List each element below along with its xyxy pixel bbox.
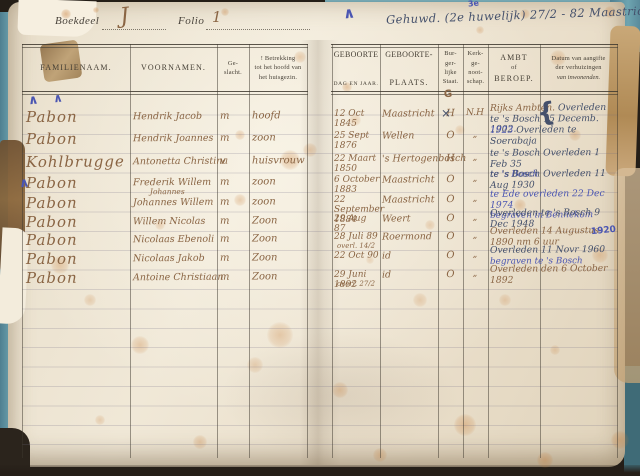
cell-kerk: „ [464,250,486,260]
cell-staat: O [440,130,461,141]
cell-voornamen: Hendrik Joannes [133,133,217,145]
cell-voornamen: Willem Nicolas [133,216,217,228]
cell-geboorteplaats: Weert [382,213,436,224]
superscript-3e: 3e [468,0,480,9]
voornamen-correction: Johannes [150,187,185,196]
cell-staat: O [440,213,461,224]
cell-voornamen: Nicolaas Ebenoli [133,234,217,246]
cell-geslacht: v [220,156,246,167]
cell-geboorteplaats: Wellen [382,130,436,141]
cell-geslacht: m [220,234,246,245]
cell-staat: H× [440,108,461,119]
cell-betrekking: Zoon [252,252,305,263]
cell-betrekking: Zoon [252,215,305,226]
cell-geboorteplaats: id [382,250,436,261]
check-caret-row1b: ∧ [52,92,63,105]
cell-kerk: „ [464,269,486,279]
cell-voornamen: Hendrik Jacob [133,111,217,123]
cell-geboorteplaats: Maastricht [382,194,436,205]
cell-voornamen: Johannes Willem [133,197,217,209]
cell-voornamen: Antonetta Christina [133,156,217,168]
overlijden-text: Overleden den 6 October 1892 [490,263,608,285]
cell-betrekking: hoofd [252,110,305,121]
cell-geboren: 25 Sept 1876 [334,131,380,151]
cell-kerk: „ [464,153,486,163]
cell-geboorteplaats: Maastricht [382,174,436,185]
table-rows: PabonHendrik Jacobmhoofd12 Oct 1845Maast… [0,0,640,476]
strike-mark: × [441,106,451,120]
cell-staat: H [440,153,461,164]
cell-geslacht: m [220,197,246,208]
cell-geslacht: m [220,272,246,283]
cell-familienaam: Pabon [26,173,128,192]
cell-familienaam: Pabon [26,129,128,148]
brace-row1: { [536,99,557,127]
overlijden-text: Overleden 11 Novr 1960 [490,244,605,256]
overlijden-date-note: overl. 27/2 [337,280,375,288]
cell-familienaam: Pabon [26,212,128,231]
cell-geboorteplaats: Maastricht [382,108,436,119]
cell-betrekking: huisvrouw [252,155,305,166]
cell-annotation: 1923 Overleden te Soerabaja [490,125,617,147]
stray-letter-g: G [443,90,452,101]
check-caret-row3: ∧ [18,176,30,190]
register-page-scan: Boekdeel J Folio 1 Gehuwd. (2e huwelijk)… [0,0,640,476]
table-row: PabonAntoine ChristiaanmZoon29 Juni 1892… [0,265,640,291]
cell-staat: O [440,194,461,205]
cell-staat: O [440,231,461,242]
cell-geslacht: m [220,216,246,227]
cell-geboren: 12 Oct 1845 [334,109,380,129]
cell-geboorteplaats: Roermond [382,231,436,242]
cell-kerk: N.H [464,108,486,118]
cell-staat: O [440,174,461,185]
cell-familienaam: Kohlbrugge [26,152,128,171]
cell-staat: O [440,269,461,280]
cell-familienaam: Pabon [26,230,128,249]
cell-betrekking: Zoon [252,271,305,282]
cell-betrekking: zoon [252,176,305,187]
beroep-text: te 's Bosch [490,147,543,158]
cell-geboren: 22 Oct 90 [334,251,380,261]
cell-kerk: „ [464,231,486,241]
cell-geboren: 28 Juli 89 [334,232,380,242]
cell-geboorteplaats: 's Hertogenbosch [382,153,436,164]
cell-geslacht: m [220,253,246,264]
cell-betrekking: zoon [252,196,305,207]
cell-annotation: Overleden den 6 October 1892 [490,264,617,286]
beroep-text: te 's Bosch [490,168,543,179]
cell-familienaam: Pabon [26,107,128,126]
cell-kerk: „ [464,213,486,223]
cell-betrekking: Zoon [252,233,305,244]
cell-geslacht: m [220,111,246,122]
cell-kerk: „ [464,174,486,184]
check-caret-row1: ∧ [27,93,39,107]
cell-voornamen: Nicolaas Jakob [133,253,217,265]
cell-betrekking: zoon [252,132,305,143]
cell-familienaam: Pabon [26,193,128,212]
cell-staat: O [440,250,461,261]
beroep-text: 1923 [490,125,516,136]
cell-geslacht: m [220,133,246,144]
cell-kerk: „ [464,194,486,204]
cell-geboorteplaats: id [382,269,436,280]
cell-familienaam: Pabon [26,268,128,287]
cell-geslacht: m [220,177,246,188]
cell-voornamen: Antoine Christiaan [133,272,217,284]
cell-familienaam: Pabon [26,249,128,268]
check-caret-top: ∧ [342,5,356,21]
cell-kerk: „ [464,130,486,140]
